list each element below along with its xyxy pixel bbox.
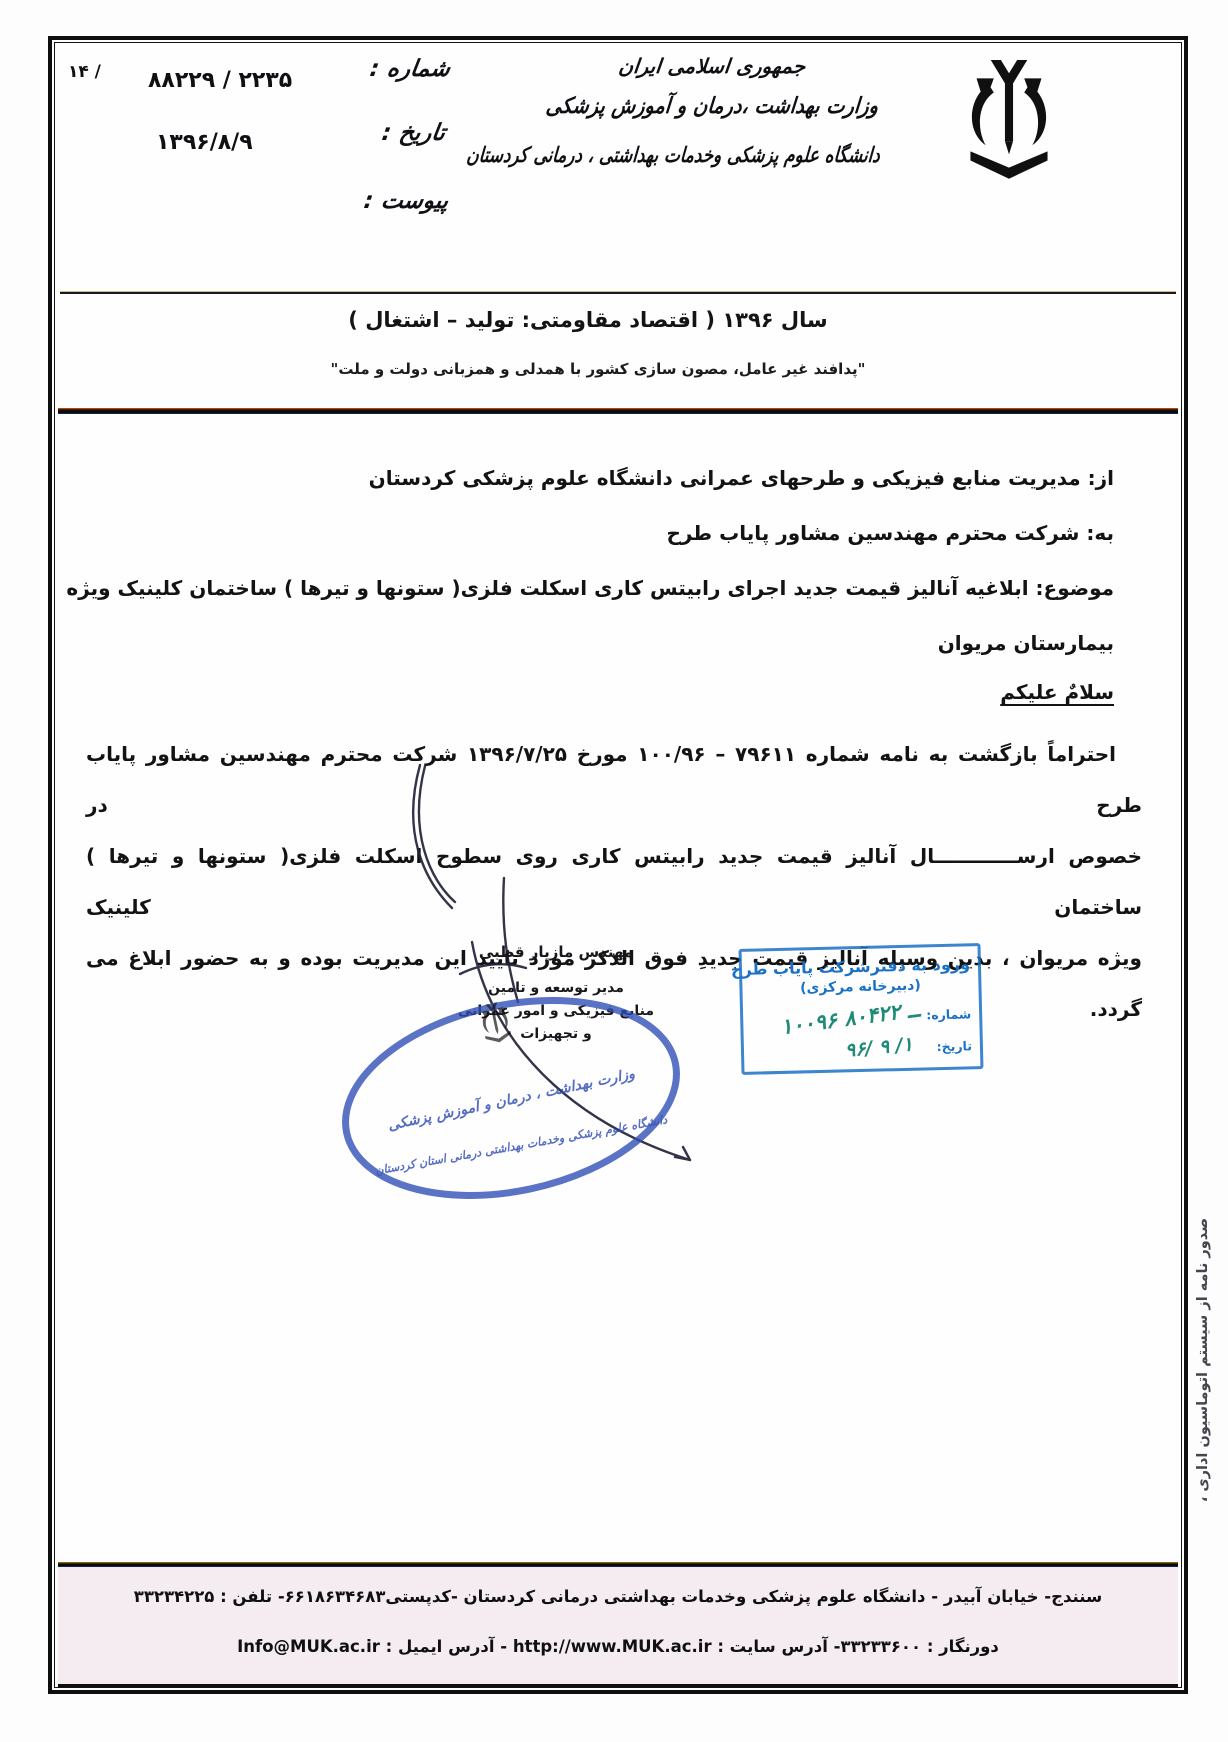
entry-date-label: تاریخ: xyxy=(936,1038,972,1054)
org-university-line: دانشگاه علوم پزشکی وخدمات بهداشتی ، درما… xyxy=(543,143,881,167)
to-line: به: شرکت محترم مهندسین مشاور پایاب طرح xyxy=(86,519,1142,547)
footer-contact-line: دورنگار : ۳۳۲۳۳۶۰۰- آدرس سایت : http://w… xyxy=(58,1637,1178,1656)
subject-line: موضوع: ابلاغیه آنالیز قیمت جدید اجرای را… xyxy=(86,574,1142,602)
from-line: از: مدیریت منابع فیزیکی و طرحهای عمرانی … xyxy=(86,464,1142,492)
org-country-line: جمهوری اسلامی ایران xyxy=(501,54,924,78)
date-label: تاریخ : xyxy=(380,120,447,146)
footer-band: سنندج- خیابان آبیدر - دانشگاه علوم پزشکی… xyxy=(58,1567,1178,1687)
entry-number-row: شماره: ۱۰۰۹۶ ــ ۸۰۴۲۲ xyxy=(751,1001,972,1030)
org-ministry-line: وزارت بهداشت ،درمان و آموزش پزشکی xyxy=(526,94,898,119)
letter-number-value: ۲۲۳۵ / ۸۸۲۲۹ xyxy=(148,68,292,93)
letter-border-frame: جمهوری اسلامی ایران وزارت بهداشت ،درمان … xyxy=(48,36,1188,1694)
subject-line-2: بیمارستان مریوان xyxy=(86,629,1142,657)
automation-system-note: صدور نامه از سیستم اتوماسیون اداری ، xyxy=(1195,1125,1211,1595)
number-label: شماره : xyxy=(368,56,452,82)
scanned-letter-page: { "header": { "org_lines": [ "جمهوری اسل… xyxy=(0,0,1228,1742)
paragraph-line: احتراماً بازگشت به نامه شماره ۷۹۶۱۱ – ۱۰… xyxy=(86,729,1142,831)
entry-number-label: شماره: xyxy=(926,1006,971,1022)
issuing-organization: جمهوری اسلامی ایران وزارت بهداشت ،درمان … xyxy=(502,54,922,167)
footer-address-line: سنندج- خیابان آبیدر - دانشگاه علوم پزشکی… xyxy=(58,1587,1178,1606)
paragraph-line: خصوص ارســــــــــــال آنالیز قیمت جدید … xyxy=(86,831,1142,933)
allah-emblem-logo xyxy=(948,56,1070,198)
entry-stamp-subtitle: (دبیرخانه مرکزی) xyxy=(750,976,970,997)
salutation-text: سلامٌ علیکم xyxy=(1000,680,1114,704)
salutation: سلامٌ علیکم xyxy=(86,679,1142,705)
letter-number-suffix: / ۱۴ xyxy=(68,62,101,82)
entry-stamp-title: ورود به دفترشرکت پایاب طرح xyxy=(750,954,970,978)
entry-date-handwritten: ۹۶/ ۹ /۱ xyxy=(844,1033,914,1061)
letter-date-value: ۱۳۹۶/۸/۹ xyxy=(156,130,253,155)
entry-receipt-stamp: ورود به دفترشرکت پایاب طرح (دبیرخانه مرک… xyxy=(738,943,983,1075)
year-slogan-line: سال ۱۳۹۶ ( اقتصاد مقاومتی: تولید – اشتغا… xyxy=(52,308,1124,332)
header-separator-line xyxy=(60,292,1176,294)
banner-bottom-rule xyxy=(58,408,1178,414)
entry-number-handwritten: ۱۰۰۹۶ ــ ۸۰۴۲۲ xyxy=(780,997,922,1039)
attachment-label: پیوست : xyxy=(362,188,450,214)
passive-defense-slogan: "پدافند غیر عامل، مصون سازی کشور با همدل… xyxy=(52,360,1144,378)
